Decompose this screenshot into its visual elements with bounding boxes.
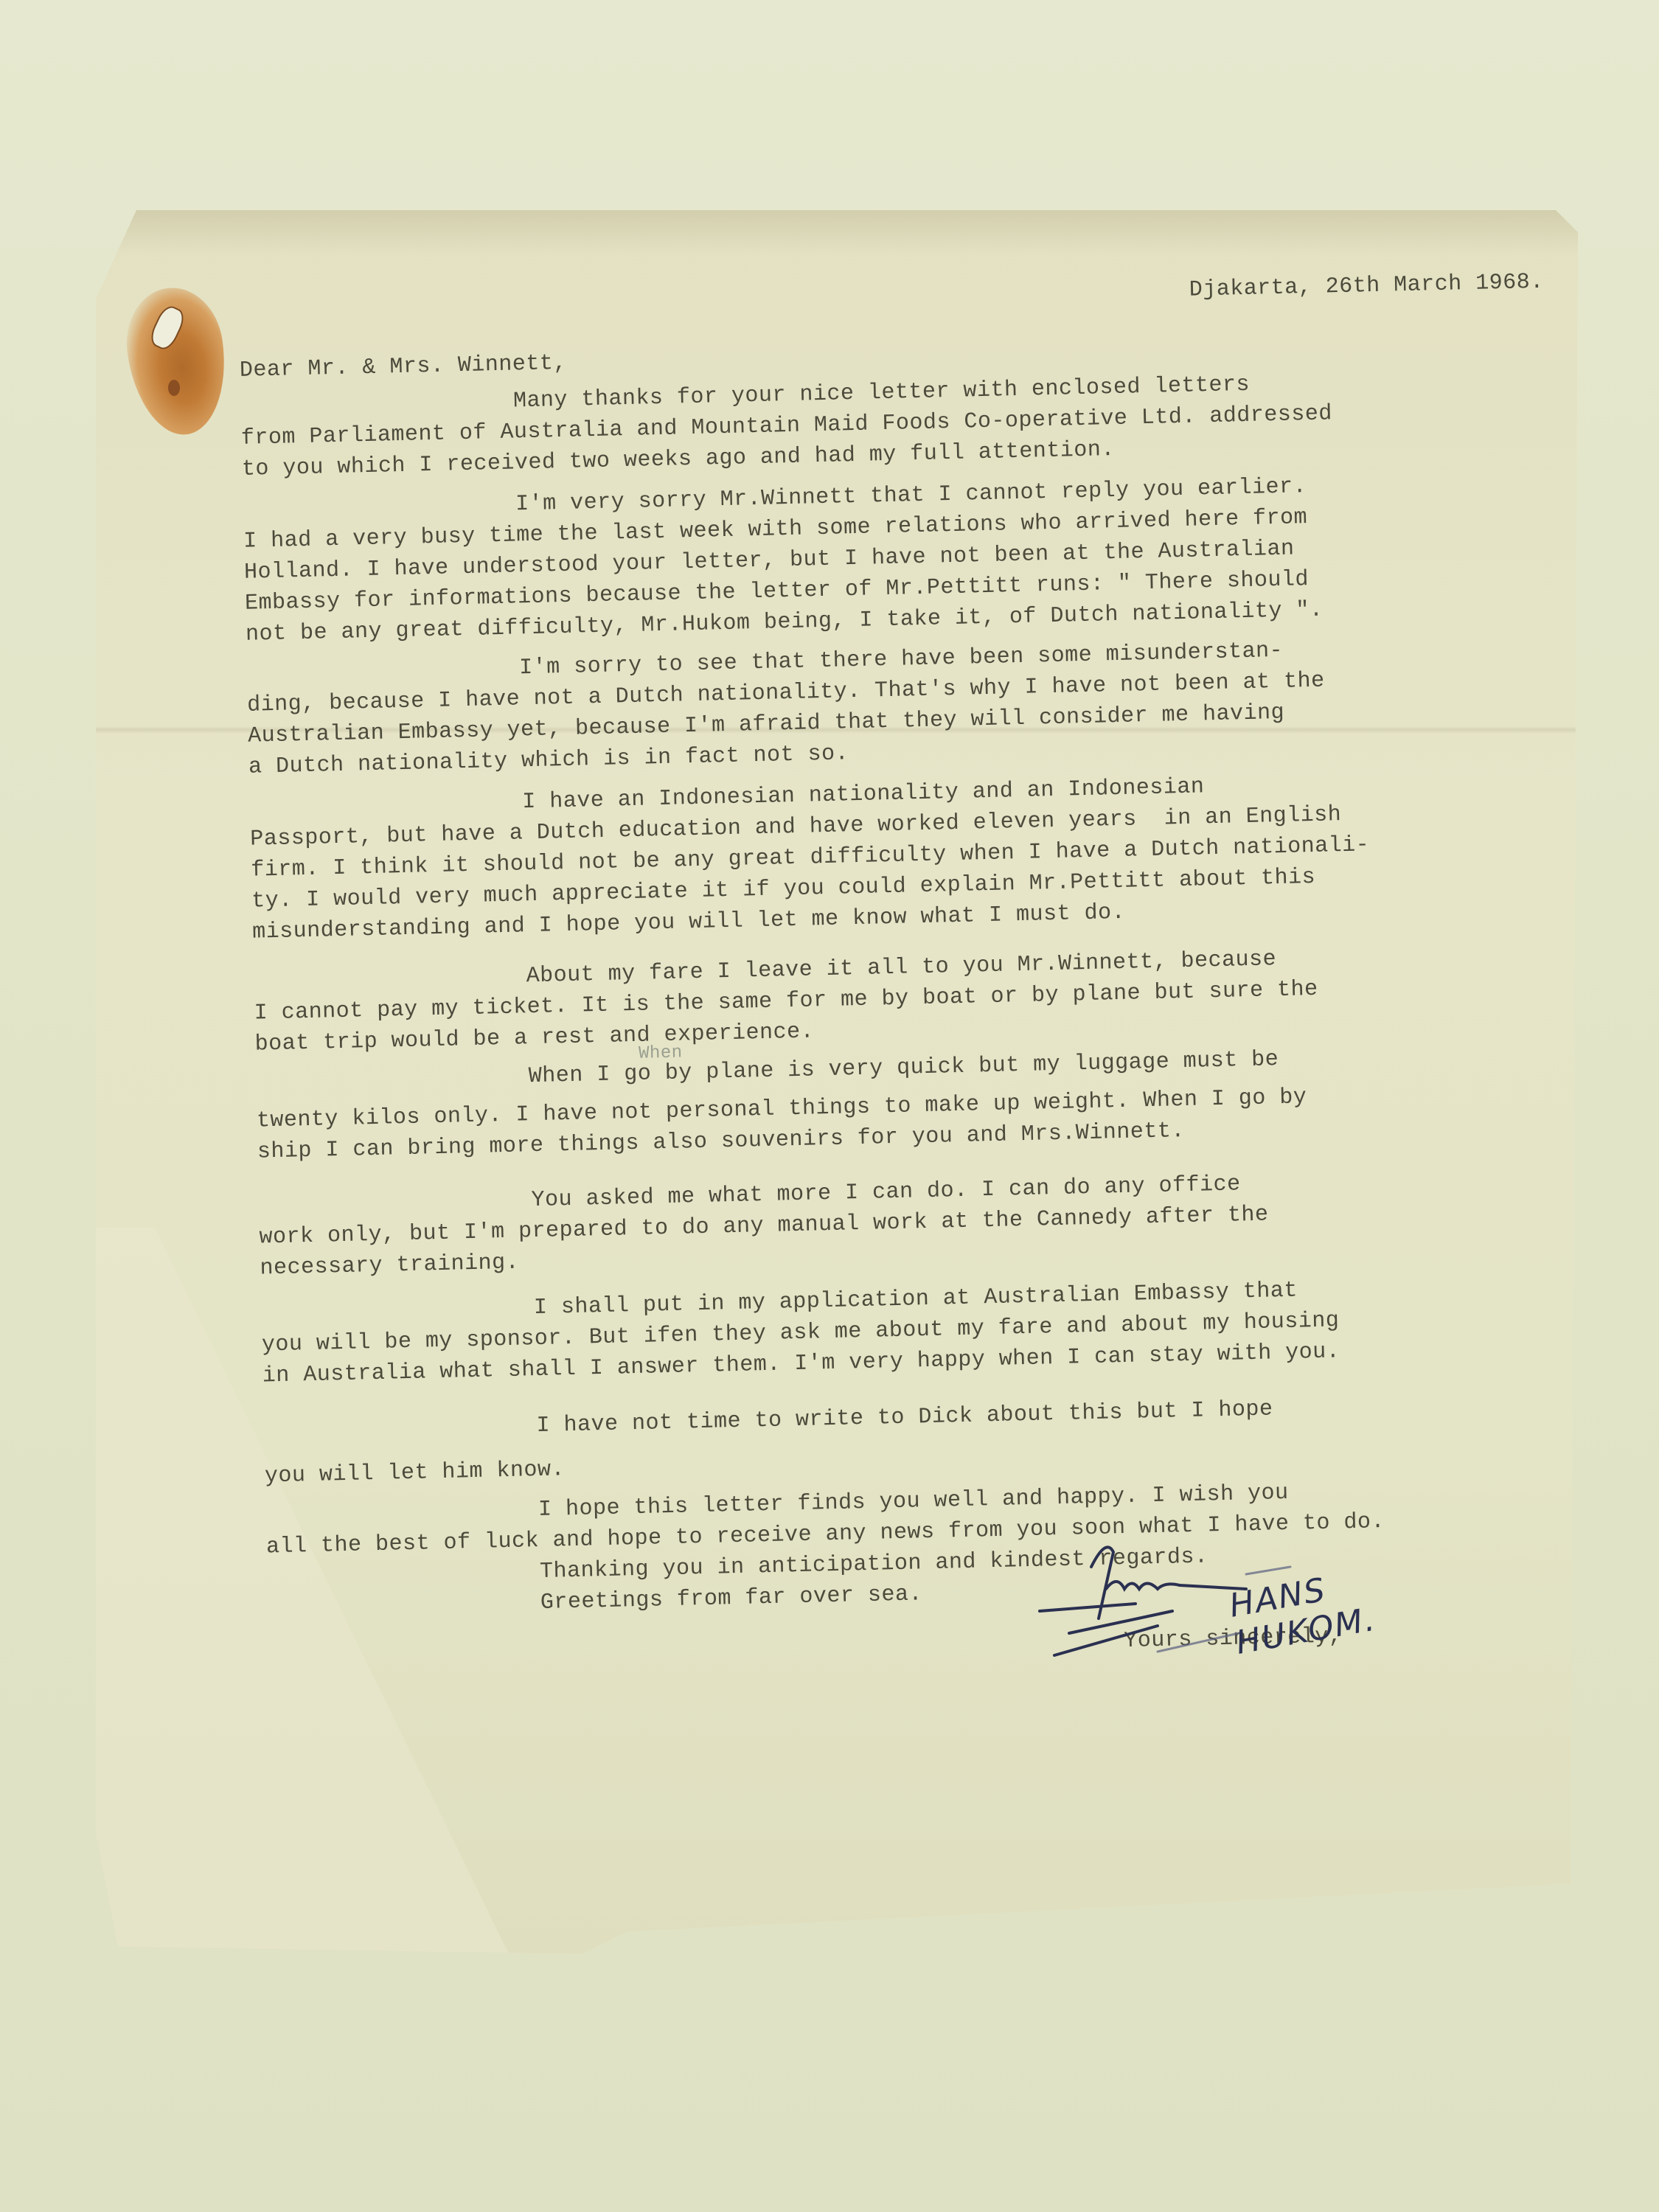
letter-paper: Djakarta, 26th March 1968. Dear Mr. & Mr…: [96, 210, 1578, 1958]
salutation: Dear Mr. & Mrs. Winnett,: [240, 351, 568, 383]
rust-stain: [119, 282, 235, 441]
letter-line: boat trip would be a rest and experience…: [254, 1019, 814, 1057]
signature: HANS HUKOM.: [1025, 1523, 1467, 1670]
letter-line: a Dutch nationality which is in fact not…: [248, 741, 849, 779]
paper-top-shadow: [96, 210, 1578, 254]
letter-line: I have not time to write to Dick about t…: [263, 1397, 1273, 1444]
dateline: Djakarta, 26th March 1968.: [1189, 270, 1544, 303]
body-lines: Many thanks for your nice letter with en…: [265, 181, 1578, 210]
letter-line: necessary training.: [260, 1251, 519, 1281]
staple-hole: [168, 380, 180, 396]
interlinear-correction: When: [639, 1043, 683, 1063]
letter-line: When I go by plane is very quick but my …: [255, 1047, 1279, 1095]
letter-body: Djakarta, 26th March 1968. Dear Mr. & Mr…: [265, 181, 1578, 210]
letter-line: you will let him know.: [265, 1457, 566, 1489]
